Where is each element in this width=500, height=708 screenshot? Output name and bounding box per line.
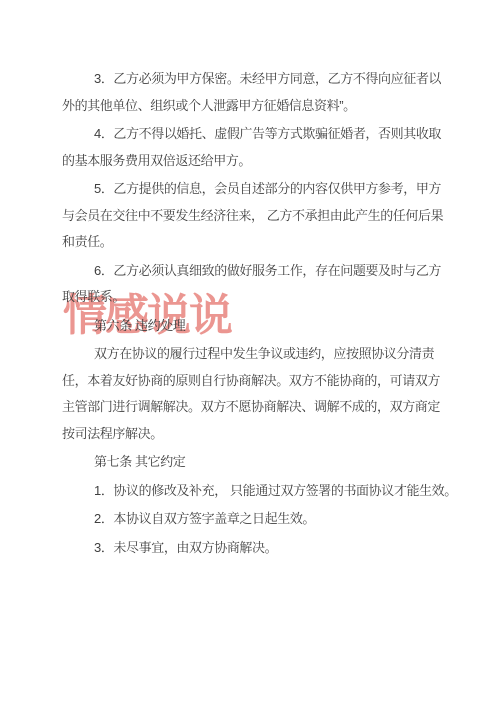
text-line: 5．乙方提供的信息，会员自述部分的内容仅供甲方参考，甲方 bbox=[62, 176, 460, 203]
text-line: 的基本服务费用双倍返还给甲方。 bbox=[62, 148, 460, 175]
text-line: 6．乙方必须认真细致的做好服务工作，存在问题要及时与乙方 bbox=[62, 258, 460, 285]
paragraph-clause-4: 4．乙方不得以婚托、虚假广告等方式欺骗征婚者，否则其收取 的基本服务费用双倍返还… bbox=[62, 121, 460, 174]
article-7-heading: 第七条 其它约定 bbox=[62, 449, 460, 476]
text-line: 任，本着友好协商的原则自行协商解决。双方不能协商的，可请双方 bbox=[62, 368, 460, 395]
section-heading: 第七条 其它约定 bbox=[62, 449, 460, 476]
text-line: 主管部门进行调解解决。双方不愿协商解决、调解不成的，双方商定 bbox=[62, 394, 460, 421]
text-line: 与会员在交往中不要发生经济往来， 乙方不承担由此产生的任何后果 bbox=[62, 203, 460, 230]
text-line: 4．乙方不得以婚托、虚假广告等方式欺骗征婚者，否则其收取 bbox=[62, 121, 460, 148]
text-line: 和责任。 bbox=[62, 229, 460, 256]
text-line: 2．本协议自双方签字盖章之日起生效。 bbox=[62, 506, 460, 533]
section-heading: 第六条 违约处理 bbox=[62, 313, 460, 340]
agreement-page: 情感说说 3．乙方必须为甲方保密。未经甲方同意，乙方不得向应征者以 外的其他单位… bbox=[0, 0, 500, 708]
text-line: 外的其他单位、组织或个人泄露甲方征婚信息资料”。 bbox=[62, 93, 460, 120]
text-line: 3．乙方必须为甲方保密。未经甲方同意，乙方不得向应征者以 bbox=[62, 66, 460, 93]
paragraph-clause-3: 3．乙方必须为甲方保密。未经甲方同意，乙方不得向应征者以 外的其他单位、组织或个… bbox=[62, 66, 460, 119]
paragraph-article-6-body: 双方在协议的履行过程中发生争议或违约，应按照协议分清责 任，本着友好协商的原则自… bbox=[62, 341, 460, 447]
paragraph-article-7-item-3: 3．未尽事宜，由双方协商解决。 bbox=[62, 535, 460, 562]
text-line: 取得联系。 bbox=[62, 284, 460, 311]
article-6-heading: 第六条 违约处理 bbox=[62, 313, 460, 340]
paragraph-clause-6: 6．乙方必须认真细致的做好服务工作，存在问题要及时与乙方 取得联系。 bbox=[62, 258, 460, 311]
paragraph-article-7-item-2: 2．本协议自双方签字盖章之日起生效。 bbox=[62, 506, 460, 533]
text-line: 3．未尽事宜，由双方协商解决。 bbox=[62, 535, 460, 562]
paragraph-article-7-item-1: 1．协议的修改及补充， 只能通过双方签署的书面协议才能生效。 bbox=[62, 478, 460, 505]
agreement-text-body: 3．乙方必须为甲方保密。未经甲方同意，乙方不得向应征者以 外的其他单位、组织或个… bbox=[0, 0, 500, 561]
text-line: 按司法程序解决。 bbox=[62, 421, 460, 448]
text-line: 1．协议的修改及补充， 只能通过双方签署的书面协议才能生效。 bbox=[62, 478, 460, 505]
text-line: 双方在协议的履行过程中发生争议或违约，应按照协议分清责 bbox=[62, 341, 460, 368]
paragraph-clause-5: 5．乙方提供的信息，会员自述部分的内容仅供甲方参考，甲方 与会员在交往中不要发生… bbox=[62, 176, 460, 256]
